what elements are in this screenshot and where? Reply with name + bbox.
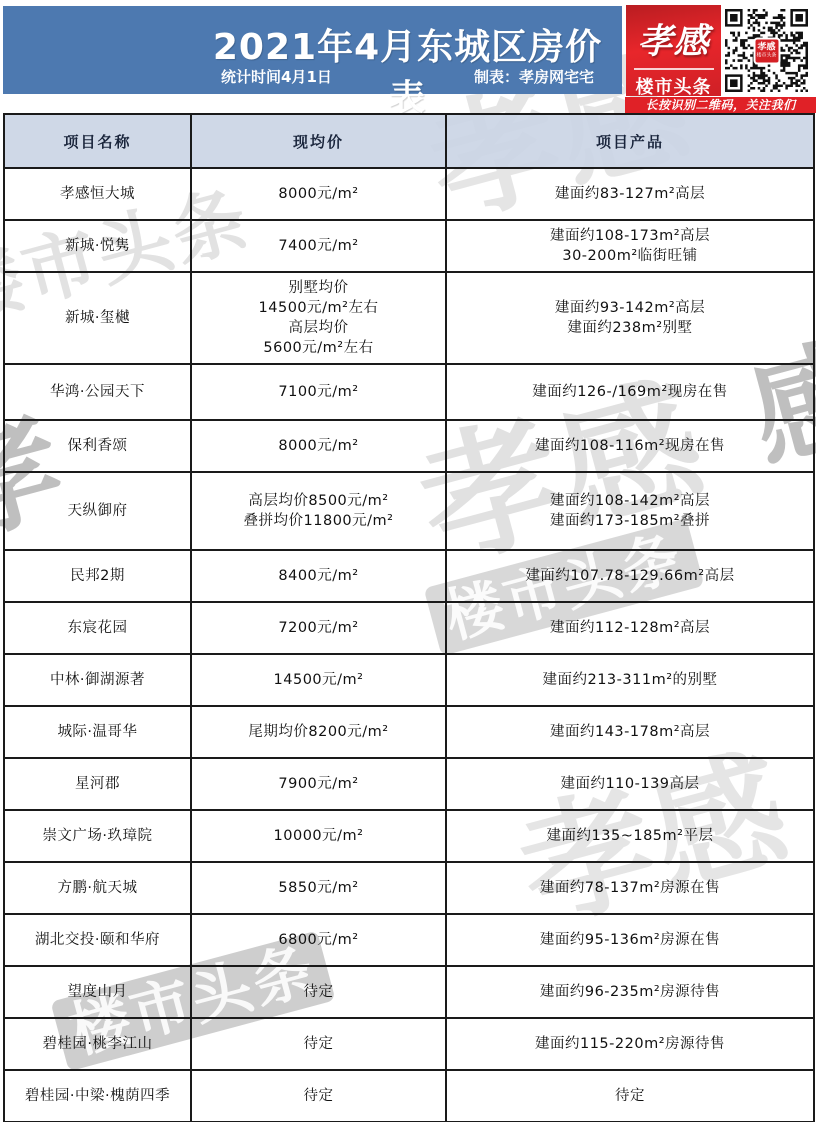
project-name-text: 碧桂园·中梁·槐荫四季 bbox=[25, 1086, 170, 1106]
table-row: 民邦2期 8400元/m² 建面约107.78-129.66m²高层 bbox=[4, 550, 814, 602]
table-row: 天纵御府 高层均价8500元/m² 叠拼均价11800元/m² 建面约108-1… bbox=[4, 472, 814, 550]
brand-name: 孝感 bbox=[637, 14, 709, 64]
qr-code: 孝感 楼市头条 bbox=[721, 5, 812, 96]
project-name-cell: 城际·温哥华 bbox=[4, 706, 191, 758]
table-row: 华鸿·公园天下 7100元/m² 建面约126-/169m²现房在售 bbox=[4, 364, 814, 420]
product-cell: 建面约213-311m²的别墅 bbox=[446, 654, 814, 706]
header-subtitle-row: 统计时间4月1日 制表：孝房网宅宅 bbox=[221, 66, 594, 87]
product-cell: 建面约112-128m²高层 bbox=[446, 602, 814, 654]
price-cell: 10000元/m² bbox=[191, 810, 446, 862]
table-row: 方鹏·航天城 5850元/m² 建面约78-137m²房源在售 bbox=[4, 862, 814, 914]
product-cell: 待定 bbox=[446, 1070, 814, 1122]
product-cell: 建面约93-142m²高层 建面约238m²别墅 bbox=[446, 272, 814, 364]
product-text: 建面约135~185m²平层 bbox=[547, 826, 714, 846]
price-text: 待定 bbox=[304, 1086, 334, 1106]
price-cell: 高层均价8500元/m² 叠拼均价11800元/m² bbox=[191, 472, 446, 550]
project-name-text: 孝感恒大城 bbox=[60, 184, 135, 204]
table-maker-label: 制表：孝房网宅宅 bbox=[474, 66, 594, 87]
product-cell: 建面约126-/169m²现房在售 bbox=[446, 364, 814, 420]
project-name-text: 崇文广场·玖璋院 bbox=[42, 826, 152, 846]
project-name-cell: 湖北交投·颐和华府 bbox=[4, 914, 191, 966]
price-text: 8000元/m² bbox=[278, 184, 358, 204]
qr-badge-subtext: 楼市头条 bbox=[756, 53, 776, 58]
table-row: 望度山月 待定 建面约96-235m²房源待售 bbox=[4, 966, 814, 1018]
price-table-body: 孝感恒大城 8000元/m² 建面约83-127m²高层 新城·悦隽 7400元… bbox=[4, 168, 814, 1122]
table-row: 东宸花园 7200元/m² 建面约112-128m²高层 bbox=[4, 602, 814, 654]
product-text: 建面约108-116m²现房在售 bbox=[535, 436, 725, 456]
product-cell: 建面约95-136m²房源在售 bbox=[446, 914, 814, 966]
header-banner: 2021年4月东城区房价表 统计时间4月1日 制表：孝房网宅宅 bbox=[3, 6, 622, 94]
project-name-text: 华鸿·公园天下 bbox=[50, 382, 145, 402]
stat-date-label: 统计时间4月1日 bbox=[221, 66, 332, 87]
price-cell: 7900元/m² bbox=[191, 758, 446, 810]
price-table-header: 项目名称 现均价 项目产品 bbox=[4, 114, 814, 168]
project-name-text: 星河郡 bbox=[75, 774, 120, 794]
page: 孝感 楼市头条 孝 孝感 楼市头条 感 孝感 楼市头条 2021年4月东城区房价… bbox=[0, 0, 816, 1122]
product-text: 建面约95-136m²房源在售 bbox=[540, 930, 720, 950]
project-name-cell: 望度山月 bbox=[4, 966, 191, 1018]
project-name-cell: 中林·御湖源著 bbox=[4, 654, 191, 706]
project-name-text: 碧桂园·桃李江山 bbox=[42, 1034, 152, 1054]
project-name-cell: 东宸花园 bbox=[4, 602, 191, 654]
product-cell: 建面约143-178m²高层 bbox=[446, 706, 814, 758]
project-name-cell: 保利香颂 bbox=[4, 420, 191, 472]
project-name-cell: 民邦2期 bbox=[4, 550, 191, 602]
product-cell: 建面约108-142m²高层 建面约173-185m²叠拼 bbox=[446, 472, 814, 550]
price-text: 5850元/m² bbox=[278, 878, 358, 898]
product-cell: 建面约115-220m²房源待售 bbox=[446, 1018, 814, 1070]
brand-logo: 孝感 楼市头条 bbox=[626, 5, 721, 96]
product-text: 建面约107.78-129.66m²高层 bbox=[525, 566, 734, 586]
product-text: 建面约78-137m²房源在售 bbox=[540, 878, 720, 898]
price-cell: 14500元/m² bbox=[191, 654, 446, 706]
product-text: 建面约112-128m²高层 bbox=[550, 618, 710, 638]
column-header-current-price: 现均价 bbox=[191, 114, 446, 168]
price-text: 7100元/m² bbox=[278, 382, 358, 402]
product-cell: 建面约96-235m²房源待售 bbox=[446, 966, 814, 1018]
table-row: 碧桂园·桃李江山 待定 建面约115-220m²房源待售 bbox=[4, 1018, 814, 1070]
table-row: 新城·悦隽 7400元/m² 建面约108-173m²高层 30-200m²临街… bbox=[4, 220, 814, 272]
product-text: 建面约110-139高层 bbox=[560, 774, 699, 794]
product-text: 建面约96-235m²房源待售 bbox=[540, 982, 720, 1002]
product-text: 建面约143-178m²高层 bbox=[550, 722, 710, 742]
project-name-cell: 星河郡 bbox=[4, 758, 191, 810]
table-row: 碧桂园·中梁·槐荫四季 待定 待定 bbox=[4, 1070, 814, 1122]
project-name-cell: 华鸿·公园天下 bbox=[4, 364, 191, 420]
price-text: 高层均价8500元/m² 叠拼均价11800元/m² bbox=[244, 491, 394, 531]
product-cell: 建面约83-127m²高层 bbox=[446, 168, 814, 220]
product-cell: 建面约108-173m²高层 30-200m²临街旺铺 bbox=[446, 220, 814, 272]
table-row: 保利香颂 8000元/m² 建面约108-116m²现房在售 bbox=[4, 420, 814, 472]
price-text: 7900元/m² bbox=[278, 774, 358, 794]
table-row: 孝感恒大城 8000元/m² 建面约83-127m²高层 bbox=[4, 168, 814, 220]
price-text: 6800元/m² bbox=[278, 930, 358, 950]
product-cell: 建面约135~185m²平层 bbox=[446, 810, 814, 862]
product-text: 建面约213-311m²的别墅 bbox=[542, 670, 717, 690]
price-cell: 待定 bbox=[191, 1070, 446, 1122]
header-row: 项目名称 现均价 项目产品 bbox=[4, 114, 814, 168]
table-row: 湖北交投·颐和华府 6800元/m² 建面约95-136m²房源在售 bbox=[4, 914, 814, 966]
project-name-cell: 崇文广场·玖璋院 bbox=[4, 810, 191, 862]
price-cell: 5850元/m² bbox=[191, 862, 446, 914]
price-text: 待定 bbox=[304, 982, 334, 1002]
price-cell: 别墅均价 14500元/m²左右 高层均价 5600元/m²左右 bbox=[191, 272, 446, 364]
price-cell: 待定 bbox=[191, 966, 446, 1018]
price-text: 10000元/m² bbox=[274, 826, 364, 846]
table-row: 城际·温哥华 尾期均价8200元/m² 建面约143-178m²高层 bbox=[4, 706, 814, 758]
qr-caption: 长按识别二维码，关注我们 bbox=[625, 97, 816, 113]
price-text: 别墅均价 14500元/m²左右 高层均价 5600元/m²左右 bbox=[259, 278, 379, 358]
table-row: 中林·御湖源著 14500元/m² 建面约213-311m²的别墅 bbox=[4, 654, 814, 706]
project-name-text: 天纵御府 bbox=[68, 501, 128, 521]
product-cell: 建面约78-137m²房源在售 bbox=[446, 862, 814, 914]
price-cell: 7100元/m² bbox=[191, 364, 446, 420]
project-name-text: 新城·悦隽 bbox=[65, 236, 130, 256]
product-text: 建面约108-142m²高层 建面约173-185m²叠拼 bbox=[550, 491, 710, 531]
table-row: 新城·玺樾 别墅均价 14500元/m²左右 高层均价 5600元/m²左右 建… bbox=[4, 272, 814, 364]
product-text: 建面约126-/169m²现房在售 bbox=[532, 382, 727, 402]
project-name-text: 方鹏·航天城 bbox=[57, 878, 137, 898]
product-cell: 建面约110-139高层 bbox=[446, 758, 814, 810]
project-name-cell: 新城·悦隽 bbox=[4, 220, 191, 272]
column-header-project-name: 项目名称 bbox=[4, 114, 191, 168]
qr-center-badge: 孝感 楼市头条 bbox=[753, 37, 780, 64]
project-name-text: 湖北交投·颐和华府 bbox=[35, 930, 160, 950]
price-text: 尾期均价8200元/m² bbox=[248, 722, 388, 742]
price-cell: 待定 bbox=[191, 1018, 446, 1070]
qr-badge-text: 孝感 bbox=[757, 43, 775, 52]
price-text: 14500元/m² bbox=[274, 670, 364, 690]
price-cell: 8000元/m² bbox=[191, 168, 446, 220]
product-cell: 建面约107.78-129.66m²高层 bbox=[446, 550, 814, 602]
project-name-cell: 新城·玺樾 bbox=[4, 272, 191, 364]
project-name-text: 城际·温哥华 bbox=[57, 722, 137, 742]
product-text: 建面约108-173m²高层 30-200m²临街旺铺 bbox=[550, 226, 710, 266]
price-text: 8000元/m² bbox=[278, 436, 358, 456]
product-text: 待定 bbox=[615, 1086, 645, 1106]
project-name-cell: 碧桂园·桃李江山 bbox=[4, 1018, 191, 1070]
project-name-cell: 碧桂园·中梁·槐荫四季 bbox=[4, 1070, 191, 1122]
table-row: 星河郡 7900元/m² 建面约110-139高层 bbox=[4, 758, 814, 810]
brand-divider bbox=[634, 68, 714, 70]
price-table: 项目名称 现均价 项目产品 孝感恒大城 8000元/m² 建面约83-127m²… bbox=[3, 113, 815, 1122]
product-cell: 建面约108-116m²现房在售 bbox=[446, 420, 814, 472]
project-name-text: 新城·玺樾 bbox=[65, 308, 130, 328]
price-cell: 6800元/m² bbox=[191, 914, 446, 966]
project-name-text: 望度山月 bbox=[68, 982, 128, 1002]
price-cell: 8400元/m² bbox=[191, 550, 446, 602]
project-name-text: 中林·御湖源著 bbox=[50, 670, 145, 690]
price-text: 待定 bbox=[304, 1034, 334, 1054]
price-cell: 7400元/m² bbox=[191, 220, 446, 272]
project-name-text: 东宸花园 bbox=[68, 618, 128, 638]
project-name-text: 保利香颂 bbox=[68, 436, 128, 456]
price-text: 7400元/m² bbox=[278, 236, 358, 256]
product-text: 建面约93-142m²高层 建面约238m²别墅 bbox=[555, 298, 705, 338]
project-name-cell: 天纵御府 bbox=[4, 472, 191, 550]
project-name-cell: 方鹏·航天城 bbox=[4, 862, 191, 914]
product-text: 建面约115-220m²房源待售 bbox=[535, 1034, 725, 1054]
table-row: 崇文广场·玖璋院 10000元/m² 建面约135~185m²平层 bbox=[4, 810, 814, 862]
brand-tagline: 楼市头条 bbox=[636, 73, 712, 99]
price-cell: 8000元/m² bbox=[191, 420, 446, 472]
price-text: 7200元/m² bbox=[278, 618, 358, 638]
project-name-cell: 孝感恒大城 bbox=[4, 168, 191, 220]
price-cell: 尾期均价8200元/m² bbox=[191, 706, 446, 758]
product-text: 建面约83-127m²高层 bbox=[555, 184, 705, 204]
project-name-text: 民邦2期 bbox=[70, 566, 125, 586]
column-header-project-product: 项目产品 bbox=[446, 114, 814, 168]
price-cell: 7200元/m² bbox=[191, 602, 446, 654]
price-text: 8400元/m² bbox=[278, 566, 358, 586]
